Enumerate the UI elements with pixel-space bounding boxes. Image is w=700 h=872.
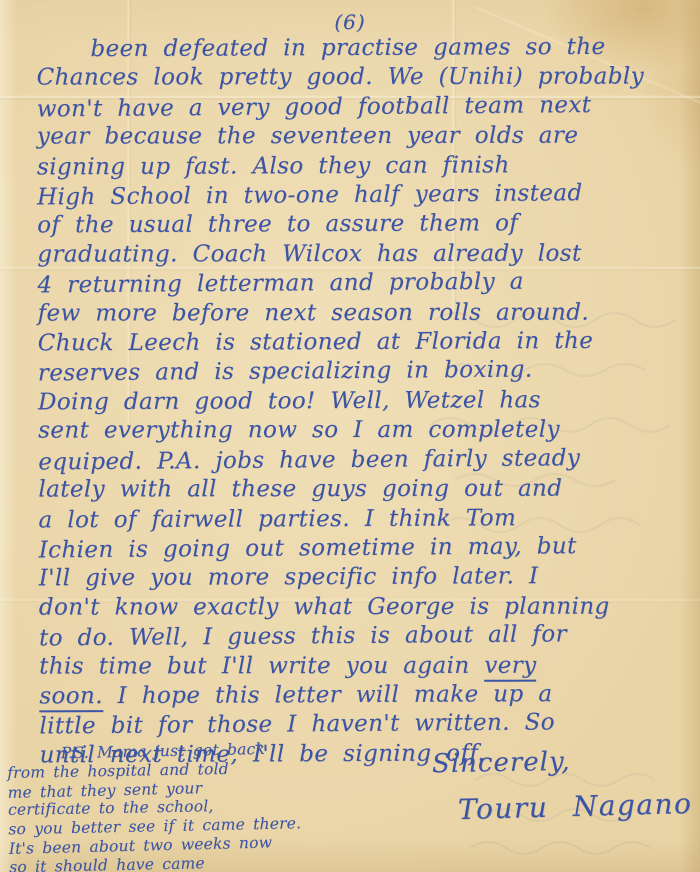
handwriting-line: Chuck Leech is stationed at Florida in t… bbox=[38, 327, 658, 359]
underlined-word: soon. bbox=[39, 683, 103, 712]
handwriting-line: to do. Well, I guess this is about all f… bbox=[39, 620, 659, 654]
handwriting-line: equiped. P.A. jobs have been fairly stea… bbox=[38, 443, 658, 477]
underlined-word: very bbox=[484, 652, 536, 681]
handwriting-line: won't have a very good football team nex… bbox=[37, 90, 657, 124]
handwriting-line: little bit for those I haven't written. … bbox=[39, 708, 659, 742]
line-text: this time but I'll write you again bbox=[39, 652, 484, 679]
handwriting-line: lately with all these guys going out and bbox=[38, 475, 658, 505]
closing-salutation: Sincerely, bbox=[432, 747, 571, 779]
handwriting-line-underlined-very: this time but I'll write you again very bbox=[39, 651, 659, 681]
handwriting-line: I'll give you more specific info later. … bbox=[39, 562, 659, 594]
handwriting-line: sent everything now so I am completely bbox=[38, 416, 658, 446]
handwriting-line: year because the seventeen year olds are bbox=[37, 122, 657, 152]
handwriting-line: graduating. Coach Wilcox has already los… bbox=[37, 239, 657, 269]
handwriting-line: few more before next season rolls around… bbox=[38, 298, 658, 328]
handwriting-line: been defeated in practise games so the bbox=[36, 33, 656, 65]
handwriting-line: Doing darn good too! Well, Wetzel has bbox=[38, 386, 658, 418]
handwriting-line: of the usual three to assure them of bbox=[37, 209, 657, 241]
signature: Touru Nagano bbox=[458, 787, 693, 826]
page-number: (6) bbox=[334, 10, 365, 34]
handwriting-line: Chances look pretty good. We (Unihi) pro… bbox=[37, 63, 657, 93]
handwriting-line: signing up fast. Also they can finish bbox=[37, 150, 657, 182]
handwriting-line: a lot of fairwell parties. I think Tom bbox=[38, 503, 658, 535]
letter-page: (6) been defeated in practise games so t… bbox=[0, 0, 700, 872]
handwriting-line: 4 returning letterman and probably a bbox=[37, 267, 657, 301]
handwriting-line: Ichien is going out sometime in may, but bbox=[39, 531, 659, 565]
handwriting-line-underlined-soon: soon. I hope this letter will make up a bbox=[39, 680, 659, 712]
handwriting-line: High School in two-one half years instea… bbox=[37, 179, 657, 213]
letter-body: been defeated in practise games so the C… bbox=[36, 33, 659, 771]
postscript: P.S. Mama just got back from the hospita… bbox=[7, 739, 330, 872]
line-text: I hope this letter will make up a bbox=[103, 681, 553, 709]
handwriting-line: reserves and is specializing in boxing. bbox=[38, 355, 658, 389]
handwriting-line: don't know exactly what George is planni… bbox=[39, 592, 659, 622]
